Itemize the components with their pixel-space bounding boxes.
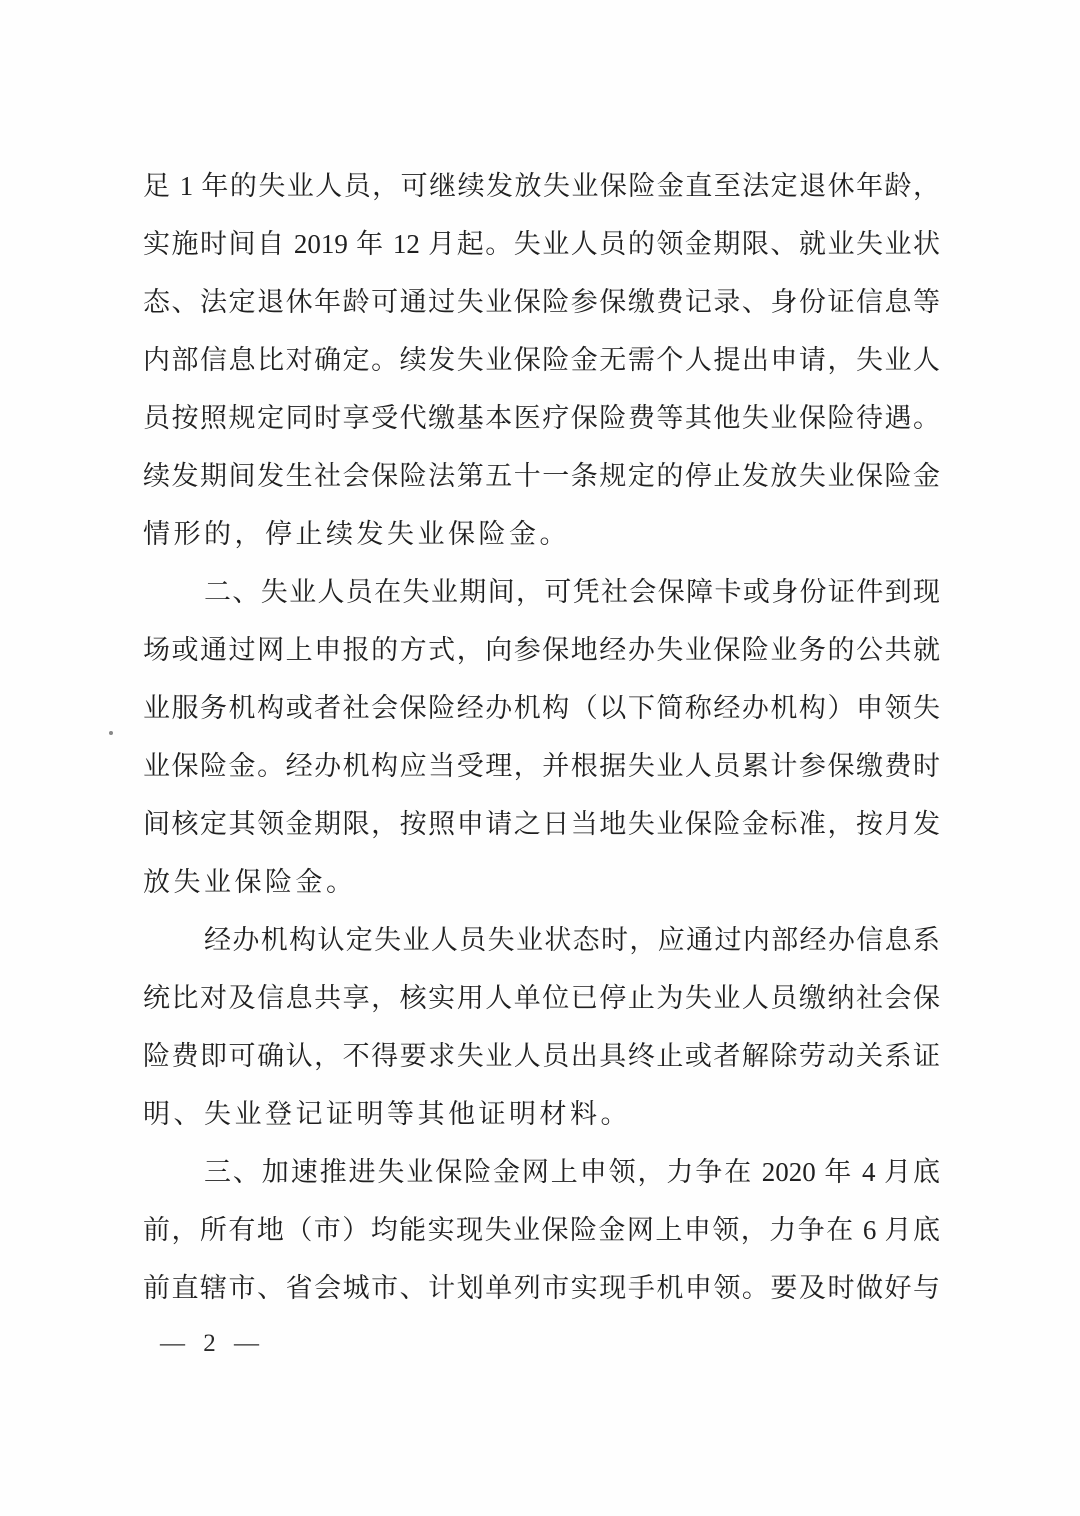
scan-speck (109, 731, 113, 735)
text-line: 三、加速推进失业保险金网上申领，力争在 2020 年 4 月底 (143, 1143, 940, 1201)
text-line: 统比对及信息共享，核实用人单位已停止为失业人员缴纳社会保 (143, 969, 940, 1027)
text-line: 业服务机构或者社会保险经办机构（以下简称经办机构）申领失 (143, 679, 940, 737)
text-line: 前，所有地（市）均能实现失业保险金网上申领，力争在 6 月底 (143, 1201, 940, 1259)
text-line: 间核定其领金期限，按照申请之日当地失业保险金标准，按月发 (143, 795, 940, 853)
document-page: 足 1 年的失业人员，可继续发放失业保险金直至法定退休年龄， 实施时间自 201… (0, 0, 1080, 1516)
text-line: 险费即可确认，不得要求失业人员出具终止或者解除劳动关系证 (143, 1027, 940, 1085)
text-line: 续发期间发生社会保险法第五十一条规定的停止发放失业保险金 (143, 447, 940, 505)
text-line: 足 1 年的失业人员，可继续发放失业保险金直至法定退休年龄， (143, 157, 940, 215)
text-line: 二、失业人员在失业期间，可凭社会保障卡或身份证件到现 (143, 563, 940, 621)
text-line: 前直辖市、省会城市、计划单列市实现手机申领。要及时做好与 (143, 1259, 940, 1317)
text-line: 明、失业登记证明等其他证明材料。 (143, 1085, 940, 1143)
page-number: — 2 — (160, 1322, 265, 1366)
body-text: 足 1 年的失业人员，可继续发放失业保险金直至法定退休年龄， 实施时间自 201… (143, 157, 940, 1317)
text-line: 实施时间自 2019 年 12 月起。失业人员的领金期限、就业失业状 (143, 215, 940, 273)
text-line: 业保险金。经办机构应当受理，并根据失业人员累计参保缴费时 (143, 737, 940, 795)
text-line: 放失业保险金。 (143, 853, 940, 911)
text-line: 内部信息比对确定。续发失业保险金无需个人提出申请，失业人 (143, 331, 940, 389)
text-line: 态、法定退休年龄可通过失业保险参保缴费记录、身份证信息等 (143, 273, 940, 331)
text-line: 经办机构认定失业人员失业状态时，应通过内部经办信息系 (143, 911, 940, 969)
text-line: 员按照规定同时享受代缴基本医疗保险费等其他失业保险待遇。 (143, 389, 940, 447)
text-line: 场或通过网上申报的方式，向参保地经办失业保险业务的公共就 (143, 621, 940, 679)
text-line: 情形的，停止续发失业保险金。 (143, 505, 940, 563)
